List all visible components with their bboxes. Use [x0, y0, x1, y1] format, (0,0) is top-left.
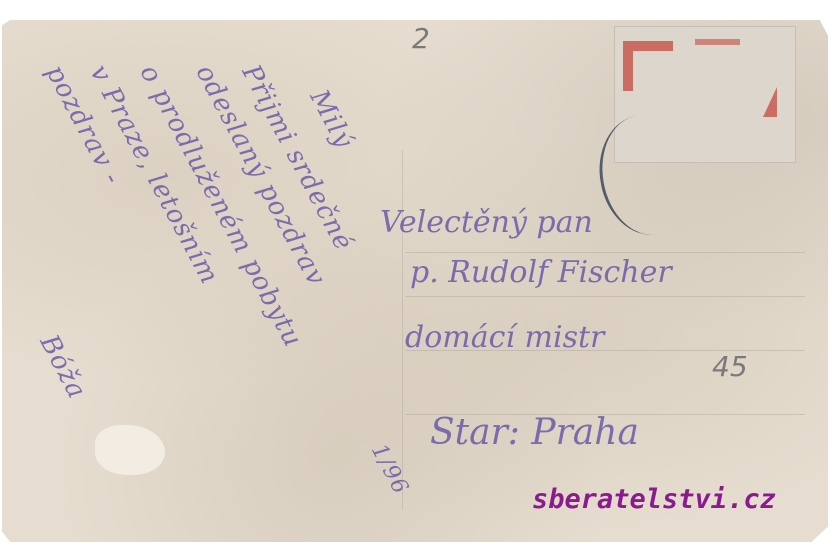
pencil-number: 45 — [712, 350, 748, 383]
address-line: domácí mistr — [405, 320, 604, 355]
address-rule — [405, 252, 805, 253]
pencil-number: 2 — [412, 22, 430, 55]
stamp-corner — [623, 41, 673, 91]
address-line: p. Rudolf Fischer — [410, 255, 672, 290]
address-divider — [402, 150, 403, 510]
address-line: Velectěný pan — [380, 205, 593, 240]
watermark: sberatelstvi.cz — [532, 484, 776, 515]
address-rule — [405, 296, 805, 297]
address-line: Star: Praha — [430, 412, 639, 453]
stamp-corner — [695, 39, 740, 45]
paper-tear — [95, 425, 165, 475]
stamp-corner — [763, 87, 777, 117]
